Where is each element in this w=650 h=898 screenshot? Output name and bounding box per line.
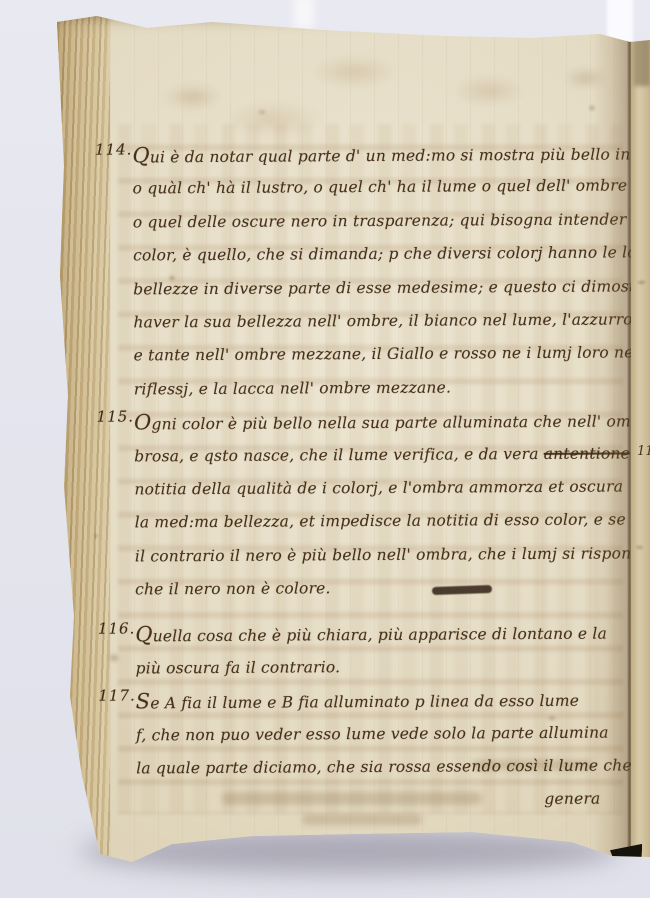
catchword: genera (136, 783, 639, 819)
paragraph-lines: Quella cosa che è più chiara, più appari… (135, 616, 638, 686)
text-line: Ogni color è più bello nella sua parte a… (134, 403, 637, 439)
binding-top-shadow (634, 34, 650, 86)
paragraph-lines: Qui è da notar qual parte d' un med:mo s… (132, 136, 636, 406)
text-line: più oscura fa il contrario. (135, 649, 638, 685)
paragraph-number: 116. (98, 619, 136, 638)
text-line: Qui è da notar qual parte d' un med:mo s… (132, 136, 635, 172)
text-line: la med:ma bellezza, et impedisce la noti… (135, 504, 638, 540)
paragraph-lines: Ogni color è più bello nella sua parte a… (134, 403, 638, 606)
text-line: f, che non puo veder esso lume vede solo… (136, 716, 639, 752)
bookmark-ribbon (607, 0, 633, 42)
paragraph-115: 115. Ogni color è più bello nella sua pa… (97, 403, 638, 607)
text-line: haver la sua bellezza nell' ombre, il bi… (133, 303, 636, 339)
paragraph-number: 117. (98, 686, 136, 705)
facing-page-number-sliver: 11 (637, 444, 650, 459)
manuscript-photo: 114. Qui è da notar qual parte d' un med… (0, 0, 650, 898)
text-line: Quella cosa che è più chiara, più appari… (135, 616, 638, 652)
text-line: Se A fia il lume e B fia alluminato p li… (136, 683, 639, 719)
text-line: bellezze in diverse parte di esse medesi… (133, 270, 636, 306)
handwritten-text-block: 114. Qui è da notar qual parte d' un med… (95, 136, 639, 819)
paragraph-number: 115. (97, 407, 135, 426)
book-page-block: 114. Qui è da notar qual parte d' un med… (52, 16, 650, 878)
text-line: riflessj, e la lacca nell' ombre mezzane… (134, 370, 637, 406)
binding-gutter-shadow (592, 16, 632, 878)
paragraph-116: 116. Quella cosa che è più chiara, più a… (98, 616, 638, 686)
text-line: o quel delle oscure nero in trasparenza;… (133, 203, 636, 239)
text-line: o quàl ch' hà il lustro, o quel ch' ha i… (133, 170, 636, 206)
text-line: il contrario il nero è più bello nell' o… (135, 537, 638, 573)
paragraph-lines: Se A fia il lume e B fia alluminato p li… (136, 683, 639, 820)
light-reflection (294, 0, 314, 28)
paragraph-117: 117. Se A fia il lume e B fia alluminato… (98, 683, 639, 820)
paragraph-number: 114. (95, 139, 133, 158)
text-line: notitia della qualità de i colorj, e l'o… (134, 470, 637, 506)
text-line: e tante nell' ombre mezzane, il Giallo e… (134, 337, 637, 373)
paragraph-114: 114. Qui è da notar qual parte d' un med… (95, 136, 637, 406)
text-line: che il nero non è colore. (135, 570, 638, 606)
text-line-segment: brosa, e qsto nasce, che il lume verific… (134, 444, 544, 465)
text-line: brosa, e qsto nasce, che il lume verific… (134, 437, 637, 473)
text-line: color, è quello, che si dimanda; p che d… (133, 237, 636, 273)
text-line: la quale parte diciamo, che sia rossa es… (136, 749, 639, 785)
